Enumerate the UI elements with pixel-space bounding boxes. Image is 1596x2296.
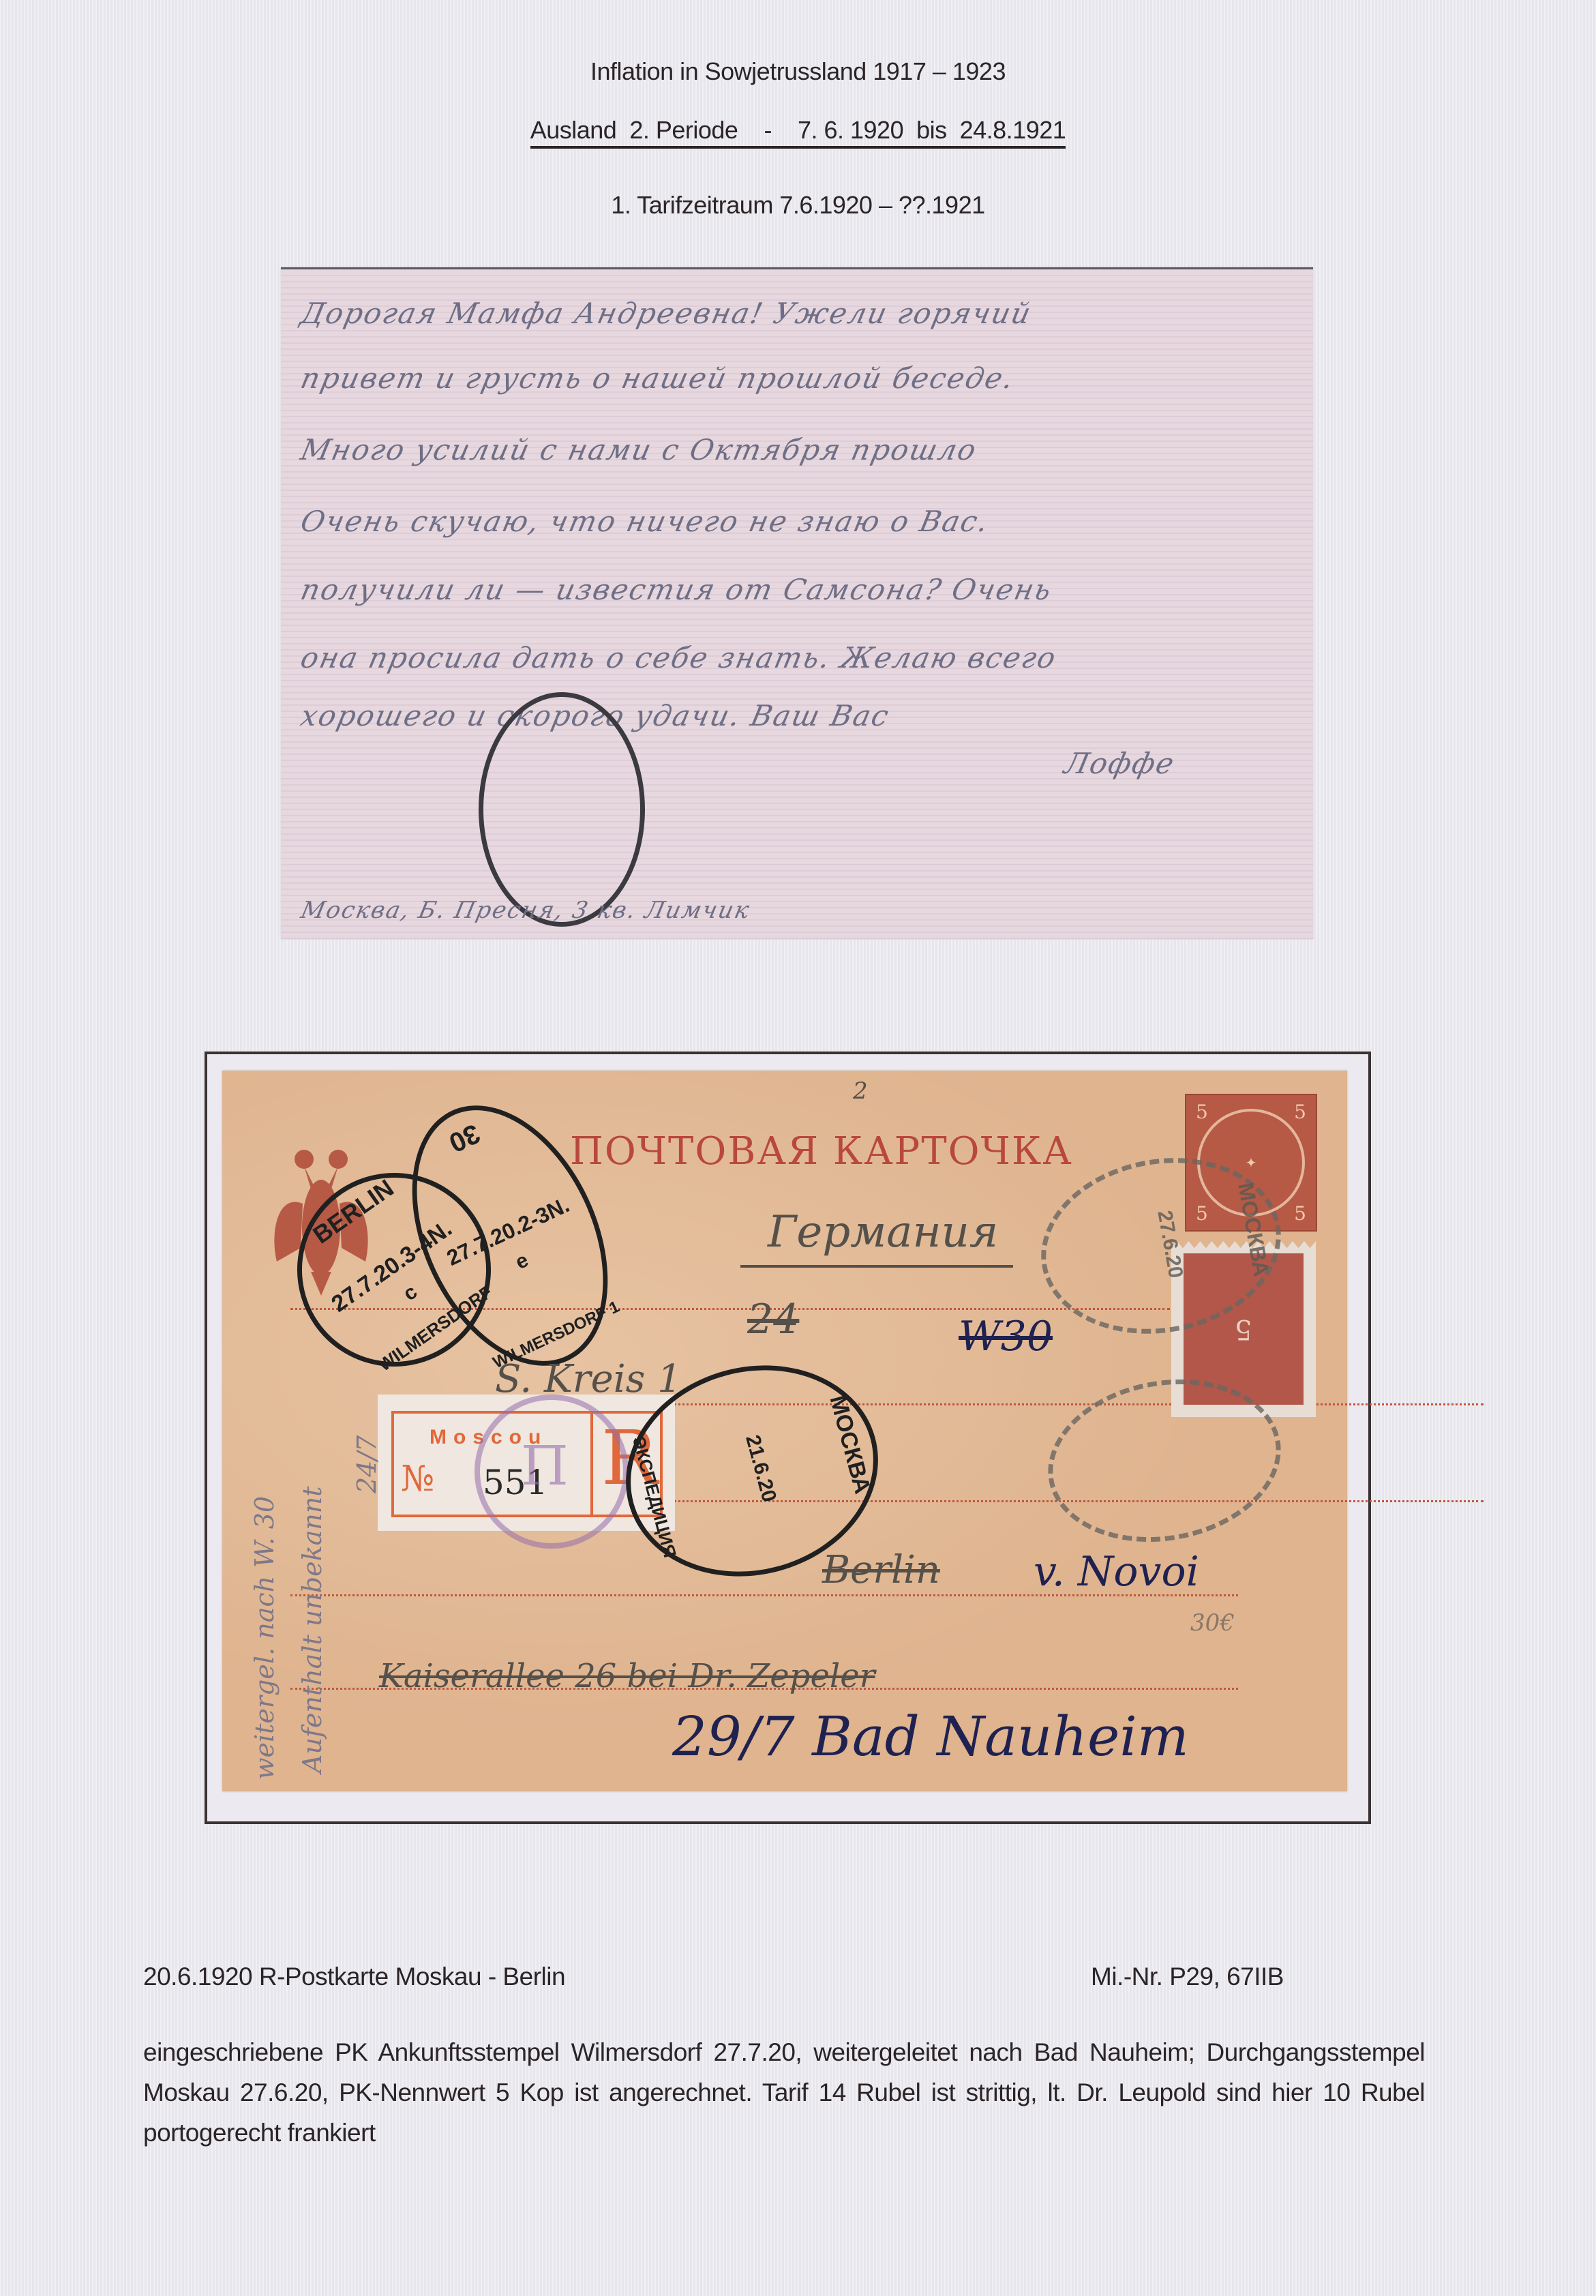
period-subtitle: Ausland 2. Periode - 7. 6. 1920 bis 24.8… — [0, 116, 1596, 149]
recipient-name: v. Novoi — [1034, 1548, 1199, 1596]
card-title: ПОЧТОВАЯ КАРТОЧКА — [570, 1129, 1073, 1174]
postmark-number: 30 — [384, 1089, 545, 1186]
censor-mark: П — [475, 1395, 629, 1549]
catalog-number: Mi.-Nr. P29, 67IIB — [1091, 1963, 1284, 1991]
number-sign: № — [401, 1459, 434, 1500]
struck-number: 24 — [747, 1296, 799, 1343]
tariff-period: 1. Tarifzeitraum 7.6.1920 – ??.1921 — [0, 191, 1596, 220]
handwriting-line: хорошего и скорого удачи. Ваш Вас — [298, 699, 1296, 732]
handwriting-line: Дорогая Мамфа Андреевна! Ужели горячий — [298, 297, 1296, 330]
vertical-pencil-note: 24/7 — [352, 1435, 382, 1493]
stamp-value: 5 — [1294, 1202, 1306, 1225]
item-description: eingeschriebene PK Ankunftsstempel Wilme… — [143, 2032, 1425, 2153]
postcard-back: Дорогая Мамфа Андреевна! Ужели горячий п… — [281, 267, 1313, 939]
stamp-value: 5 — [1294, 1101, 1306, 1123]
sender-address: Москва, Б. Пресня, 3 кв. Лимчик — [299, 897, 1296, 924]
postmark-city: МОСКВА — [811, 1345, 888, 1543]
vertical-pencil-note: weitergel. nach W. 30 — [250, 1496, 280, 1780]
struck-city: Berlin — [822, 1548, 940, 1592]
handwriting-line: привет и грусть о нашей прошлой беседе. — [298, 361, 1296, 395]
item-heading: 20.6.1920 R-Postkarte Moskau - Berlin — [143, 1963, 565, 1991]
vertical-pencil-note: Aufenthalt unbekannt — [297, 1486, 327, 1773]
handwriting-line: Много усилий с нами с Октября прошло — [298, 433, 1296, 466]
postmark-office: ЭКСПЕДИЦИЯ — [618, 1399, 690, 1595]
pencil-mark: 2 — [853, 1077, 868, 1105]
handwriting-line: Очень скучаю, что ничего не знаю о Вас. — [298, 505, 1296, 538]
signature: Лоффе — [1062, 747, 1296, 780]
struck-postal-code: W30 — [959, 1313, 1053, 1360]
struck-street-address: Kaiserallee 26 bei Dr. Zepeler — [379, 1657, 875, 1695]
postmark-date: 21.6.20 — [724, 1370, 798, 1567]
censor-mark-letter: П — [521, 1434, 569, 1497]
destination-country: Германия — [768, 1207, 998, 1257]
postcard-front: ПОЧТОВАЯ КАРТОЧКА 5 5 5 5 ✦ 5 Moscou № 5… — [222, 1071, 1347, 1791]
stamp-value: 5 — [1235, 1313, 1252, 1345]
destination-underline — [740, 1265, 1013, 1268]
forwarding-address: 29/7 Bad Nauheim — [672, 1705, 1189, 1768]
back-postmark — [479, 692, 645, 927]
handwriting-line: получили ли — известия от Самсона? Очень — [298, 573, 1296, 606]
page-title: Inflation in Sowjetrussland 1917 – 1923 — [0, 57, 1596, 86]
postmark-date: 27.6.20 — [1144, 1162, 1195, 1327]
stamp-value: 5 — [1196, 1101, 1208, 1123]
pencil-price: 30€ — [1190, 1609, 1235, 1637]
period-subtitle-text: Ausland 2. Periode - 7. 6. 1920 bis 24.8… — [530, 116, 1066, 149]
handwriting-line: она просила дать о себе знать. Желаю все… — [298, 641, 1296, 674]
recipient-line: S. Kreis 1 — [495, 1357, 682, 1401]
